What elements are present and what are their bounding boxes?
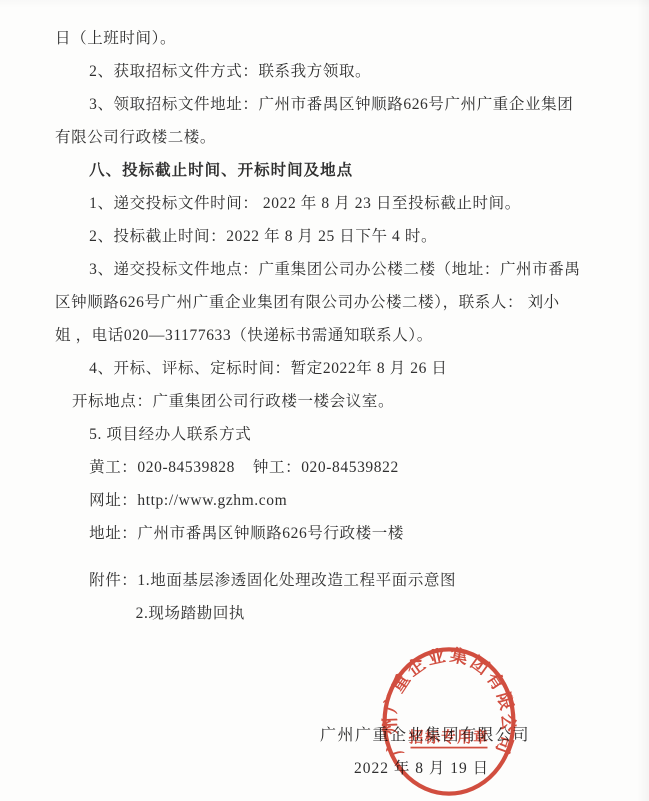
document-line: 4、开标、评标、定标时间：暂定2022年 8 月 26 日 [55,352,629,385]
document-line: 姐 ，电话020—31177633（快递标书需通知联系人）。 [55,319,629,352]
document-line: 有限公司行政楼二楼。 [55,121,629,154]
document-line: 2.现场踏勘回执 [55,597,629,630]
document-line: 附件：1.地面基层渗透固化处理改造工程平面示意图 [55,564,629,597]
document-line: 开标地点：广重集团公司行政楼一楼会议室。 [55,385,629,418]
document-line: 黄工：020-84539828 钟工：020-84539822 [55,451,629,484]
document-line: 日（上班时间）。 [55,22,629,55]
document-line: 八、投标截止时间、开标时间及地点 [55,154,629,187]
document-line: 网址：http://www.gzhm.com [55,484,629,517]
stamp-ring [385,649,514,793]
document-line: 区钟顺路626号广州广重企业集团有限公司办公楼二楼），联系人： 刘小 [55,286,629,319]
document-line: 3、领取招标文件地址：广州市番禺区钟顺路626号广州广重企业集团 [55,88,629,121]
document-body: 日（上班时间）。2、获取招标文件方式：联系我方领取。3、领取招标文件地址：广州市… [55,22,629,630]
document-page: 日（上班时间）。2、获取招标文件方式：联系我方领取。3、领取招标文件地址：广州市… [0,0,649,801]
stamp-center-underline [411,747,488,749]
document-line: 2、投标截止时间：2022 年 8 月 25 日下午 4 时。 [55,220,629,253]
company-seal-stamp: 广州广重企业集团有限公司 招标专用章 [379,643,519,800]
stamp-center-text: 招标专用章 [409,728,489,746]
document-line: 5. 项目经办人联系方式 [55,418,629,451]
document-line: 3、递交投标文件地点：广重集团公司办公楼二楼（地址：广州市番禺 [55,253,629,286]
document-line: 2、获取招标文件方式：联系我方领取。 [55,55,629,88]
document-line: 1、递交投标文件时间： 2022 年 8 月 23 日至投标截止时间。 [55,187,629,220]
document-line: 地址：广州市番禺区钟顺路626号行政楼一楼 [55,517,629,550]
